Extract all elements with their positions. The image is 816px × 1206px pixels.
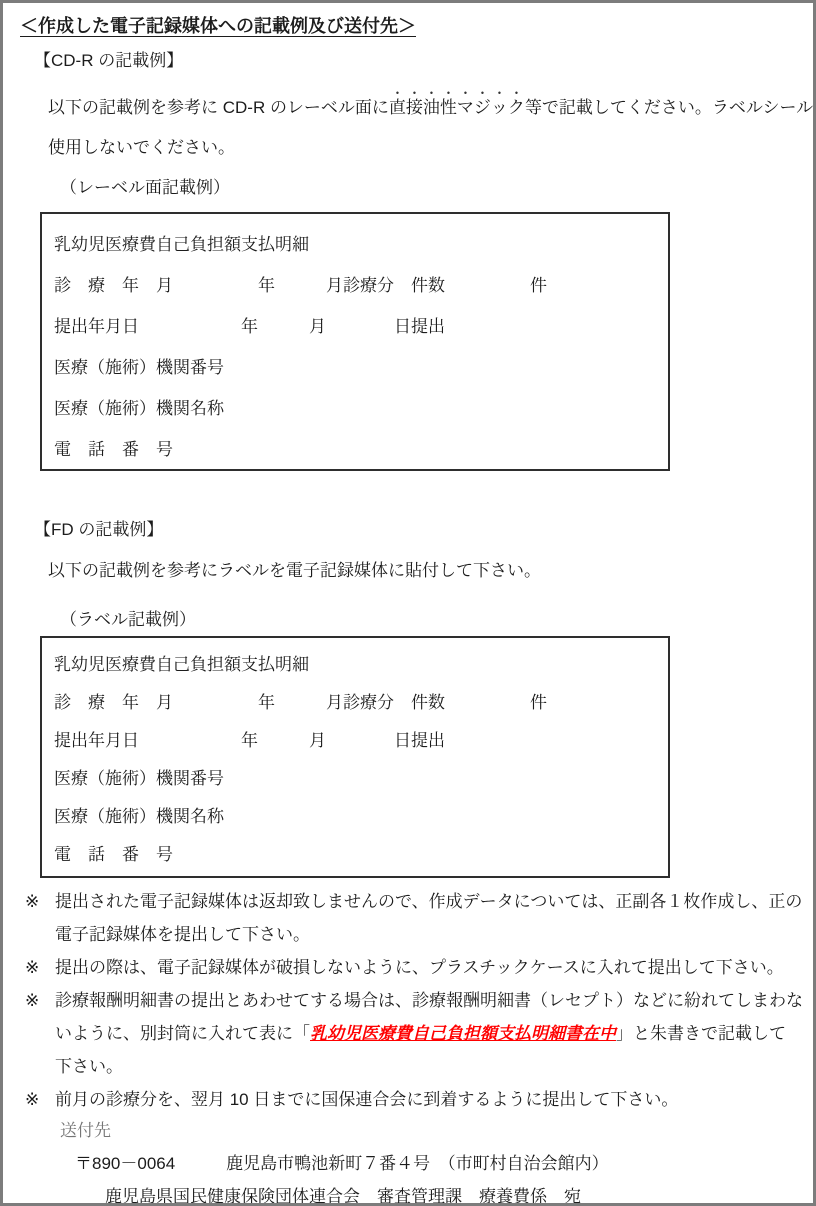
note-plastic-case: ※ 提出の際は、電子記録媒体が破損しないように、プラスチックケースに入れて提出し… [25,951,813,984]
label-box-row-institution-number: 医療（施術）機関番号 [54,760,668,798]
fd-label-example-box: 乳幼児医療費自己負担額支払明細 診 療 年 月 年 月診療分 件数 件 提出年月… [40,636,670,878]
note-line: 提出の際は、電子記録媒体が破損しないように、プラスチックケースに入れて提出して下… [55,951,813,984]
label-box-row-institution-name: 医療（施術）機関名称 [54,388,668,429]
mailing-address-line2: 鹿児島県国民健康保険団体連合会 審査管理課 療養費係 宛 [105,1184,813,1206]
label-box-row-treatment-yearmonth: 診 療 年 月 年 月診療分 件数 件 [54,684,668,722]
label-box-row-treatment-yearmonth: 診 療 年 月 年 月診療分 件数 件 [54,265,668,306]
mailing-address-line1: 〒890－0064 鹿児島市鴨池新町７番４号 （市町村自治会館内） [75,1151,813,1177]
note-line-pre: いように、別封筒に入れて表に「 [55,1024,310,1043]
note-return-policy: ※ 提出された電子記録媒体は返却致しませんので、作成データについては、正副各１枚… [25,885,813,951]
document-page: ＜作成した電子記録媒体への記載例及び送付先＞ 【CD-R の記載例】 以下の記載… [0,0,816,1206]
cdr-instruction-line1: 以下の記載例を参考に CD-R のレーベル面に直接油性マジック等で記載してくださ… [48,88,813,121]
label-box-row-submission-date: 提出年月日 年 月 日提出 [54,722,668,760]
label-box-row-institution-name: 医療（施術）機関名称 [54,798,668,836]
note-line: 下さい。 [55,1050,813,1083]
note-text: 前月の診療分を、翌月 10 日までに国保連合会に到着するように提出して下さい。 [55,1083,813,1116]
note-text: 診療報酬明細書の提出とあわせてする場合は、診療報酬明細書（レセプト）などに紛れて… [55,984,813,1083]
notes-list: ※ 提出された電子記録媒体は返却致しませんので、作成データについては、正副各１枚… [25,885,813,1116]
cdr-label-example-box: 乳幼児医療費自己負担額支払明細 診 療 年 月 年 月診療分 件数 件 提出年月… [40,212,670,471]
fd-section-header: 【FD の記載例】 [34,517,813,543]
cdr-section-header: 【CD-R の記載例】 [34,48,813,74]
cdr-label-example-caption: （レーベル面記載例） [60,175,813,201]
note-line-post: 」と朱書きで記載して [616,1024,786,1043]
label-box-row-title: 乳幼児医療費自己負担額支払明細 [54,646,668,684]
note-text: 提出の際は、電子記録媒体が破損しないように、プラスチックケースに入れて提出して下… [55,951,813,984]
cdr-instruction-line1-post: 等で記載してください。ラベルシールは [525,98,816,117]
note-line: 電子記録媒体を提出して下さい。 [55,918,813,951]
label-box-row-submission-date: 提出年月日 年 月 日提出 [54,306,668,347]
label-box-row-title: 乳幼児医療費自己負担額支払明細 [54,224,668,265]
cdr-instruction-line1-pre: 以下の記載例を参考に CD-R のレーベル面に [48,98,389,117]
note-marker: ※ [25,1083,55,1116]
note-line: 診療報酬明細書の提出とあわせてする場合は、診療報酬明細書（レセプト）などに紛れて… [55,984,813,1017]
note-separate-envelope: ※ 診療報酬明細書の提出とあわせてする場合は、診療報酬明細書（レセプト）などに紛… [25,984,813,1083]
red-stamp-text: 乳幼児医療費自己負担額支払明細書在中 [310,1024,616,1043]
note-text: 提出された電子記録媒体は返却致しませんので、作成データについては、正副各１枚作成… [55,885,813,951]
label-box-row-phone-number: 電 話 番 号 [54,836,668,874]
mailing-destination-label: 送付先 [60,1118,813,1144]
page-title: ＜作成した電子記録媒体への記載例及び送付先＞ [20,13,813,39]
cdr-instruction-emphasized-text: 直接油性マジック [389,98,525,117]
note-marker: ※ [25,885,55,918]
note-line: 提出された電子記録媒体は返却致しませんので、作成データについては、正副各１枚作成… [55,885,813,918]
label-box-row-phone-number: 電 話 番 号 [54,429,668,470]
label-box-row-institution-number: 医療（施術）機関番号 [54,347,668,388]
note-marker: ※ [25,984,55,1017]
fd-label-example-caption: （ラベル記載例） [60,607,813,633]
note-line: 前月の診療分を、翌月 10 日までに国保連合会に到着するように提出して下さい。 [55,1083,813,1116]
note-deadline: ※ 前月の診療分を、翌月 10 日までに国保連合会に到着するように提出して下さい… [25,1083,813,1116]
note-line: いように、別封筒に入れて表に「乳幼児医療費自己負担額支払明細書在中」と朱書きで記… [55,1017,813,1050]
cdr-instruction-line2: 使用しないでください。 [48,135,813,161]
note-marker: ※ [25,951,55,984]
fd-instruction-line: 以下の記載例を参考にラベルを電子記録媒体に貼付して下さい。 [48,558,813,584]
